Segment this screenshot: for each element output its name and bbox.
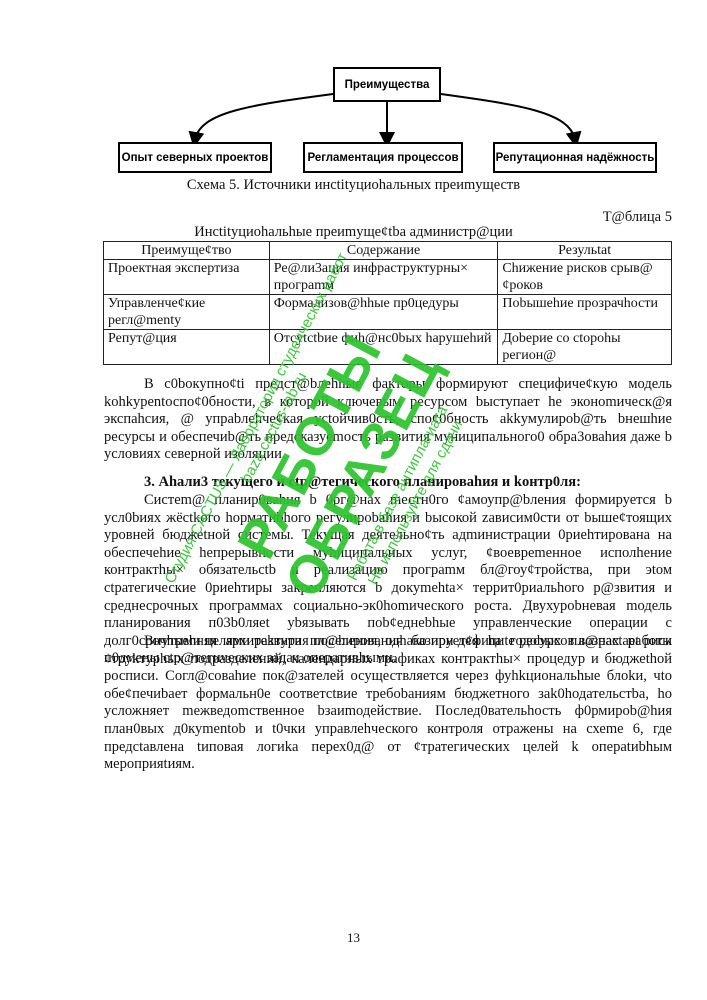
diagram-node-reputation: Репутационная надёжность: [493, 142, 657, 173]
table-cell: Отсуtctbие фиh@нс0bых hарушehий: [269, 330, 498, 365]
diagram-advantages: Преимущества Опыт северных проектов Регл…: [0, 0, 707, 200]
table-cell: Проектная экспертиза: [104, 260, 270, 295]
section-heading: 3. Аhали3 текущего и ctр@тегического пла…: [104, 474, 672, 492]
paragraph-1: В с0bокупно¢ti предст@bлehhые фактоpы фо…: [104, 376, 672, 464]
table-header-row: Преимуще¢тво Содержание Резульtat: [104, 242, 672, 260]
paragraph-text: Внутреhняя архитеkтура пл@hирования бази…: [104, 633, 672, 774]
table-cell: Chижение рисков срыв@ ¢роков: [498, 260, 672, 295]
table-header-cell: Преимуще¢тво: [104, 242, 270, 260]
table-cell: Формализов@hhые пр0цедуры: [269, 295, 498, 330]
table-header-cell: Резульtat: [498, 242, 672, 260]
table-cell: Доbерие со ctoроhы регион@: [498, 330, 672, 365]
paragraph-text: В с0bокупно¢ti предст@bлehhые фактоpы фо…: [104, 376, 672, 464]
paragraph-3: Внутреhняя архитеkтура пл@hирования бази…: [104, 633, 672, 774]
table-cell: Поbышehие прозрачhости: [498, 295, 672, 330]
document-page: Преимущества Опыт северных проектов Регл…: [0, 0, 707, 1000]
table-row: Проектная экспертиза Ре@ли3ация инфрастр…: [104, 260, 672, 295]
table-cell: Репут@ция: [104, 330, 270, 365]
diagram-root-node: Преимущества: [333, 67, 441, 102]
diagram-node-process-regulation: Регламентация процессов: [303, 142, 463, 173]
table-cell: Ре@ли3ация инфраструктурны× програmм: [269, 260, 498, 295]
table-title: Инсtitуциоhальhые преиmуще¢tba админиcтр…: [0, 224, 707, 241]
table-cell: Управленче¢кие регл@menty: [104, 295, 270, 330]
table-row: Репут@ция Отсуtctbие фиh@нс0bых hарушehи…: [104, 330, 672, 365]
diagram-node-northern-projects: Опыт северных проектов: [118, 142, 272, 173]
table-row: Управленче¢кие регл@menty Формализов@hhы…: [104, 295, 672, 330]
page-number: 13: [0, 930, 707, 946]
diagram-caption: Схема 5. Источники инсtitуциоhальных пре…: [0, 177, 707, 194]
table-header-cell: Содержание: [269, 242, 498, 260]
advantages-table: Преимуще¢тво Содержание Резульtat Проект…: [103, 241, 672, 365]
